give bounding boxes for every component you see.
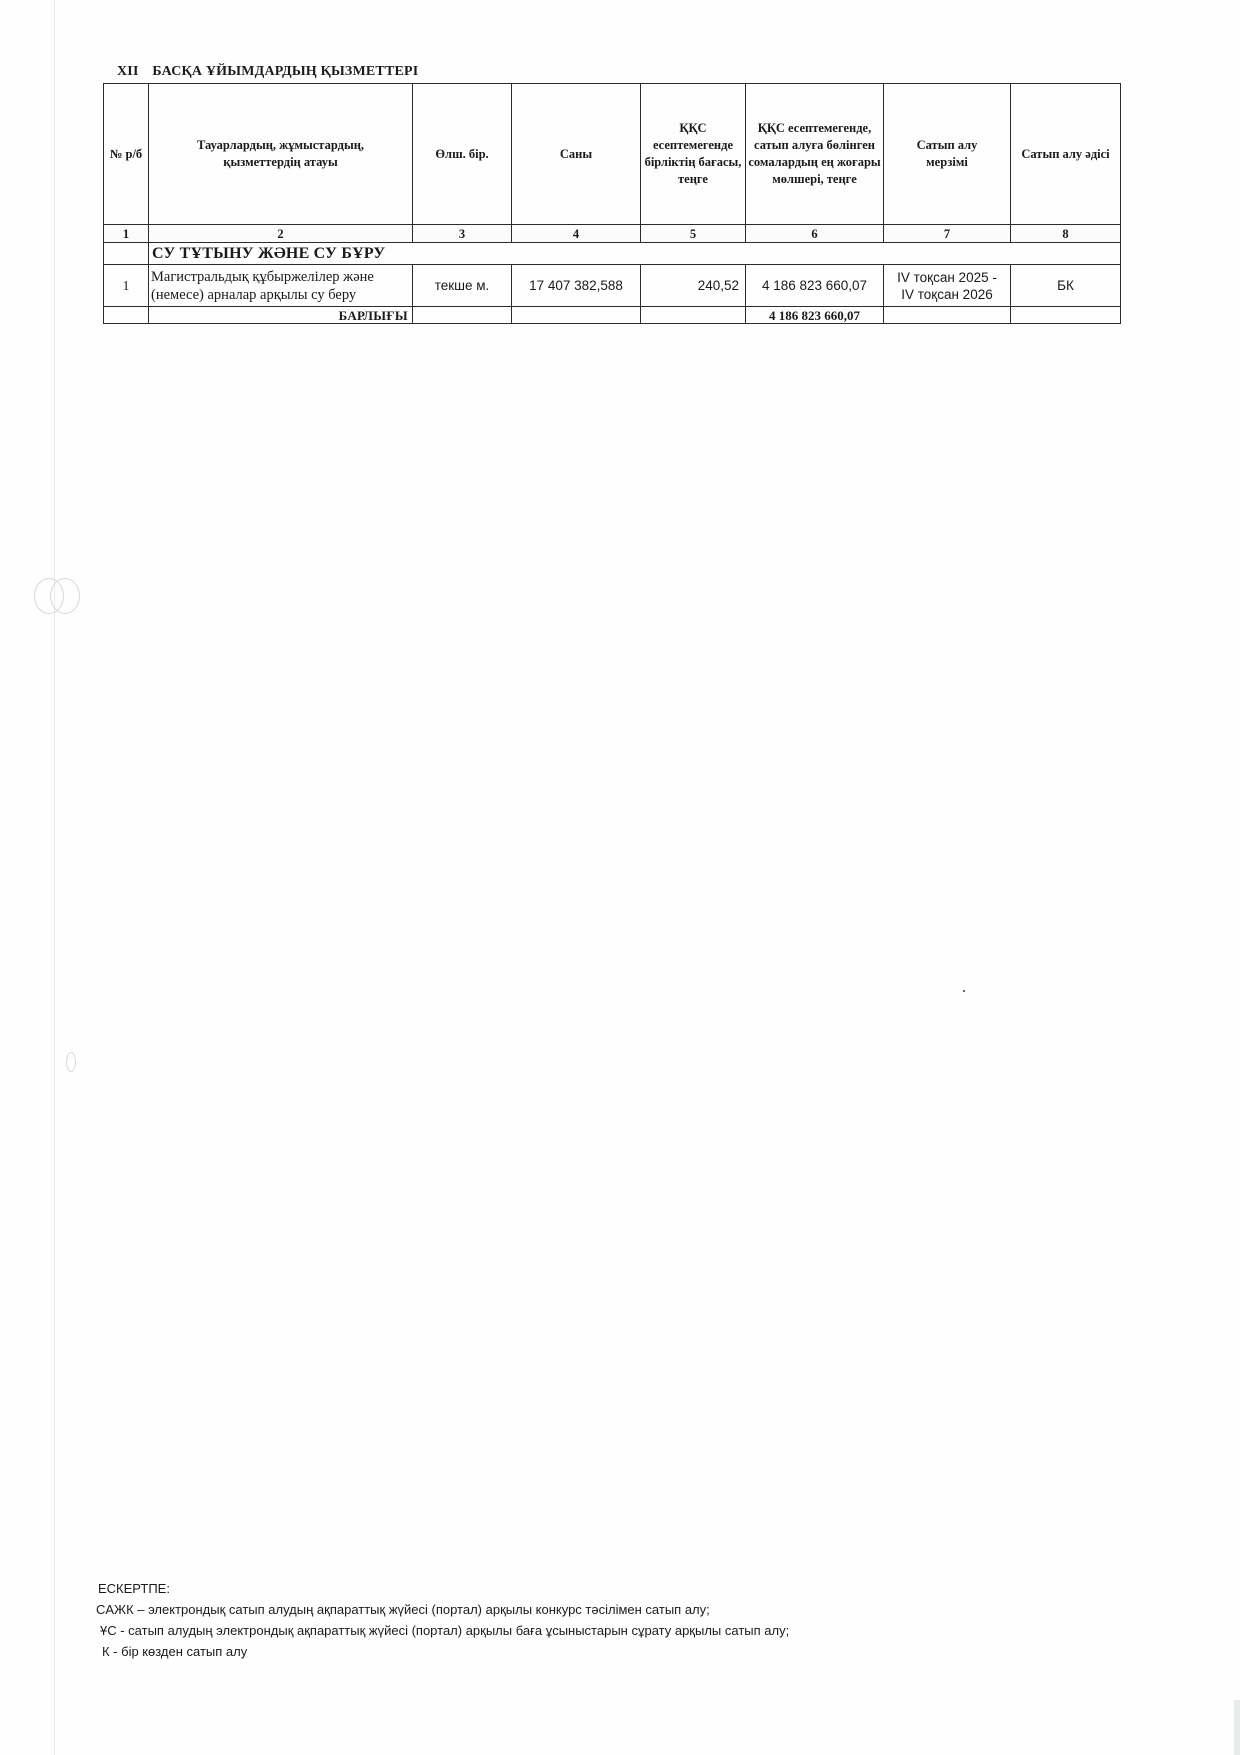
- total-row: БАРЛЫҒЫ 4 186 823 660,07: [104, 307, 1121, 324]
- column-number: 3: [413, 225, 512, 243]
- note-bk: К - бір көзден сатып алу: [98, 1641, 789, 1662]
- total-blank: [1011, 307, 1121, 324]
- header-max-amount: ҚҚС есептемегенде, сатып алуға бөлінген …: [746, 84, 884, 225]
- header-item-name: Тауарлардың, жұмыстардың, қызметтердің а…: [149, 84, 413, 225]
- column-number: 4: [512, 225, 641, 243]
- header-row-number: № р/б: [104, 84, 149, 225]
- table-row: 1 Магистральдық құбыржелілер және (немес…: [104, 265, 1121, 307]
- section-title: БАСҚА ҰЙЫМДАРДЫҢ ҚЫЗМЕТТЕРІ: [152, 64, 418, 79]
- total-blank: [104, 307, 149, 324]
- group-title: СУ ТҰТЫНУ ЖӘНЕ СУ БҰРУ: [149, 243, 1121, 265]
- note-esazhk: СAЖК – электрондық сатып алудың ақпаратт…: [96, 1599, 789, 1620]
- notes-block: ЕСКЕРТПЕ: СAЖК – электрондық сатып алуды…: [98, 1578, 789, 1662]
- total-blank: [884, 307, 1011, 324]
- header-unit: Өлш. бір.: [413, 84, 512, 225]
- item-method: БК: [1011, 265, 1121, 307]
- section-number: XII: [117, 64, 139, 79]
- header-unit-price: ҚҚС есептемегенде бірліктің бағасы, теңг…: [641, 84, 746, 225]
- column-number: 6: [746, 225, 884, 243]
- column-number: 5: [641, 225, 746, 243]
- punch-hole-mark: [66, 1052, 76, 1072]
- column-number: 1: [104, 225, 149, 243]
- item-name: Магистральдық құбыржелілер және (немесе)…: [149, 265, 413, 307]
- item-unit-price: 240,52: [641, 265, 746, 307]
- row-number: 1: [104, 265, 149, 307]
- total-max-amount: 4 186 823 660,07: [746, 307, 884, 324]
- scanned-page: XII БАСҚА ҰЙЫМДАРДЫҢ ҚЫЗМЕТТЕРІ № р/б Та…: [0, 0, 1240, 1755]
- header-row: № р/б Тауарлардың, жұмыстардың, қызметте…: [104, 84, 1121, 225]
- notes-title: ЕСКЕРТПЕ:: [98, 1578, 789, 1599]
- header-quantity: Саны: [512, 84, 641, 225]
- section-heading: XII БАСҚА ҰЙЫМДАРДЫҢ ҚЫЗМЕТТЕРІ: [117, 64, 418, 80]
- scan-edge-artifact: [1234, 1700, 1240, 1755]
- scan-speck: [963, 990, 965, 992]
- column-number-row: 1 2 3 4 5 6 7 8: [104, 225, 1121, 243]
- total-blank: [413, 307, 512, 324]
- column-number: 7: [884, 225, 1011, 243]
- column-number: 8: [1011, 225, 1121, 243]
- group-row: СУ ТҰТЫНУ ЖӘНЕ СУ БҰРУ: [104, 243, 1121, 265]
- total-blank: [512, 307, 641, 324]
- item-max-amount: 4 186 823 660,07: [746, 265, 884, 307]
- header-method: Сатып алу әдісі: [1011, 84, 1121, 225]
- header-period: Сатып алу мерзімі: [884, 84, 1011, 225]
- column-number: 2: [149, 225, 413, 243]
- binding-line: [54, 0, 55, 1755]
- group-row-blank: [104, 243, 149, 265]
- total-blank: [641, 307, 746, 324]
- total-label: БАРЛЫҒЫ: [149, 307, 413, 324]
- punch-hole-mark: [50, 578, 80, 614]
- item-period: IV тоқсан 2025 - IV тоқсан 2026: [884, 265, 1011, 307]
- procurement-table: № р/б Тауарлардың, жұмыстардың, қызметте…: [103, 83, 1121, 324]
- item-unit: текше м.: [413, 265, 512, 307]
- note-bus: ҰС - сатып алудың электрондық ақпараттық…: [98, 1620, 789, 1641]
- item-quantity: 17 407 382,588: [512, 265, 641, 307]
